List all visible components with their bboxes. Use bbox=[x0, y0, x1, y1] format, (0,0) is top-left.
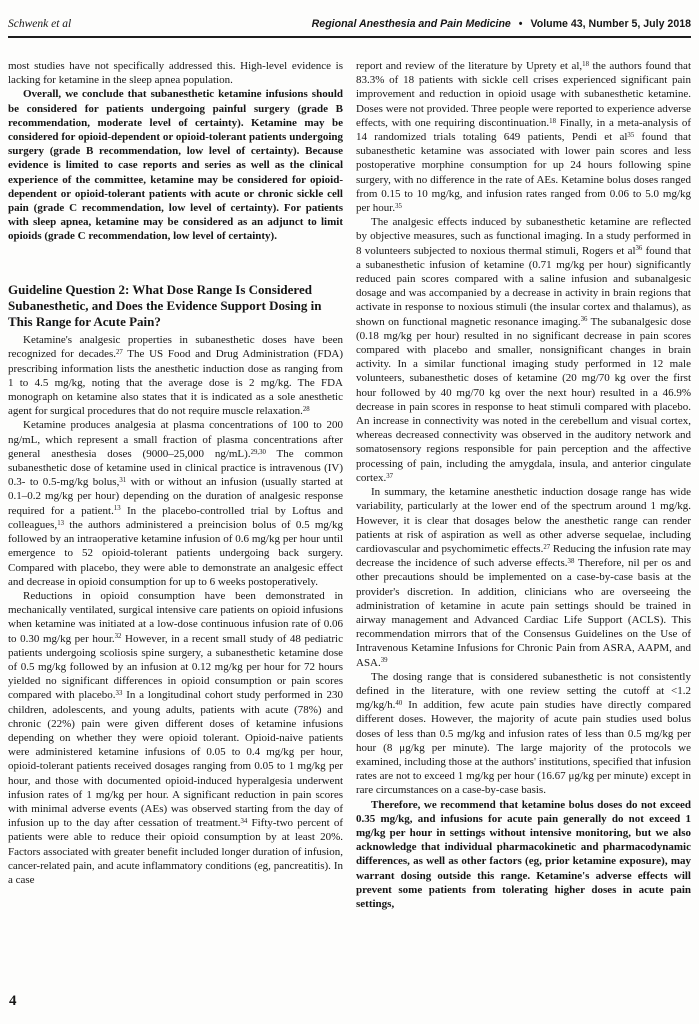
journal-page: Schwenk et al Regional Anesthesia and Pa… bbox=[0, 0, 699, 1024]
article-body: most studies have not specifically addre… bbox=[0, 38, 699, 911]
paragraph-3: Ketamine's analgesic properties in suban… bbox=[8, 333, 343, 418]
reference-superscript: 31 bbox=[119, 477, 126, 484]
reference-superscript: 27 bbox=[116, 349, 123, 356]
paragraph-0: most studies have not specifically addre… bbox=[8, 59, 343, 87]
reference-superscript: 40 bbox=[395, 700, 402, 707]
reference-superscript: 38 bbox=[568, 558, 575, 565]
reference-superscript: 18 bbox=[549, 118, 556, 125]
paragraph-4: Ketamine produces analgesia at plasma co… bbox=[8, 418, 343, 588]
running-head-journal-line: Regional Anesthesia and Pain Medicine • … bbox=[312, 18, 691, 31]
reference-superscript: 33 bbox=[116, 690, 123, 697]
reference-superscript: 18 bbox=[582, 61, 589, 68]
reference-superscript: 29,30 bbox=[251, 449, 266, 456]
issue-info: Volume 43, Number 5, July 2018 bbox=[530, 18, 691, 30]
reference-superscript: 36 bbox=[636, 245, 643, 252]
section-heading: Guideline Question 2: What Dose Range Is… bbox=[8, 282, 343, 331]
reference-superscript: 27 bbox=[543, 544, 550, 551]
reference-superscript: 13 bbox=[114, 505, 121, 512]
reference-superscript: 13 bbox=[57, 520, 64, 527]
paragraph-4: Therefore, we recommend that ketamine bo… bbox=[356, 798, 691, 912]
bullet-separator: • bbox=[519, 18, 523, 30]
page-number: 4 bbox=[9, 993, 17, 1010]
paragraph-0: report and review of the literature by U… bbox=[356, 59, 691, 215]
reference-superscript: 34 bbox=[240, 818, 247, 825]
reference-superscript: 35 bbox=[627, 132, 634, 139]
right-column: report and review of the literature by U… bbox=[356, 59, 691, 911]
running-head-author: Schwenk et al bbox=[8, 18, 71, 31]
running-head: Schwenk et al Regional Anesthesia and Pa… bbox=[8, 0, 691, 38]
paragraph-2: In summary, the ketamine anesthetic indu… bbox=[356, 485, 691, 670]
paragraph-1: The analgesic effects induced by subanes… bbox=[356, 215, 691, 485]
paragraph-1: Overall, we conclude that subanesthetic … bbox=[8, 87, 343, 243]
reference-superscript: 37 bbox=[386, 473, 393, 480]
reference-superscript: 32 bbox=[115, 633, 122, 640]
reference-superscript: 28 bbox=[303, 406, 310, 413]
left-column: most studies have not specifically addre… bbox=[8, 59, 343, 911]
reference-superscript: 35 bbox=[395, 203, 402, 210]
paragraph-5: Reductions in opioid consumption have be… bbox=[8, 589, 343, 887]
journal-name: Regional Anesthesia and Pain Medicine bbox=[312, 18, 511, 30]
paragraph-3: The dosing range that is considered suba… bbox=[356, 670, 691, 798]
reference-superscript: 36 bbox=[581, 316, 588, 323]
reference-superscript: 39 bbox=[381, 657, 388, 664]
